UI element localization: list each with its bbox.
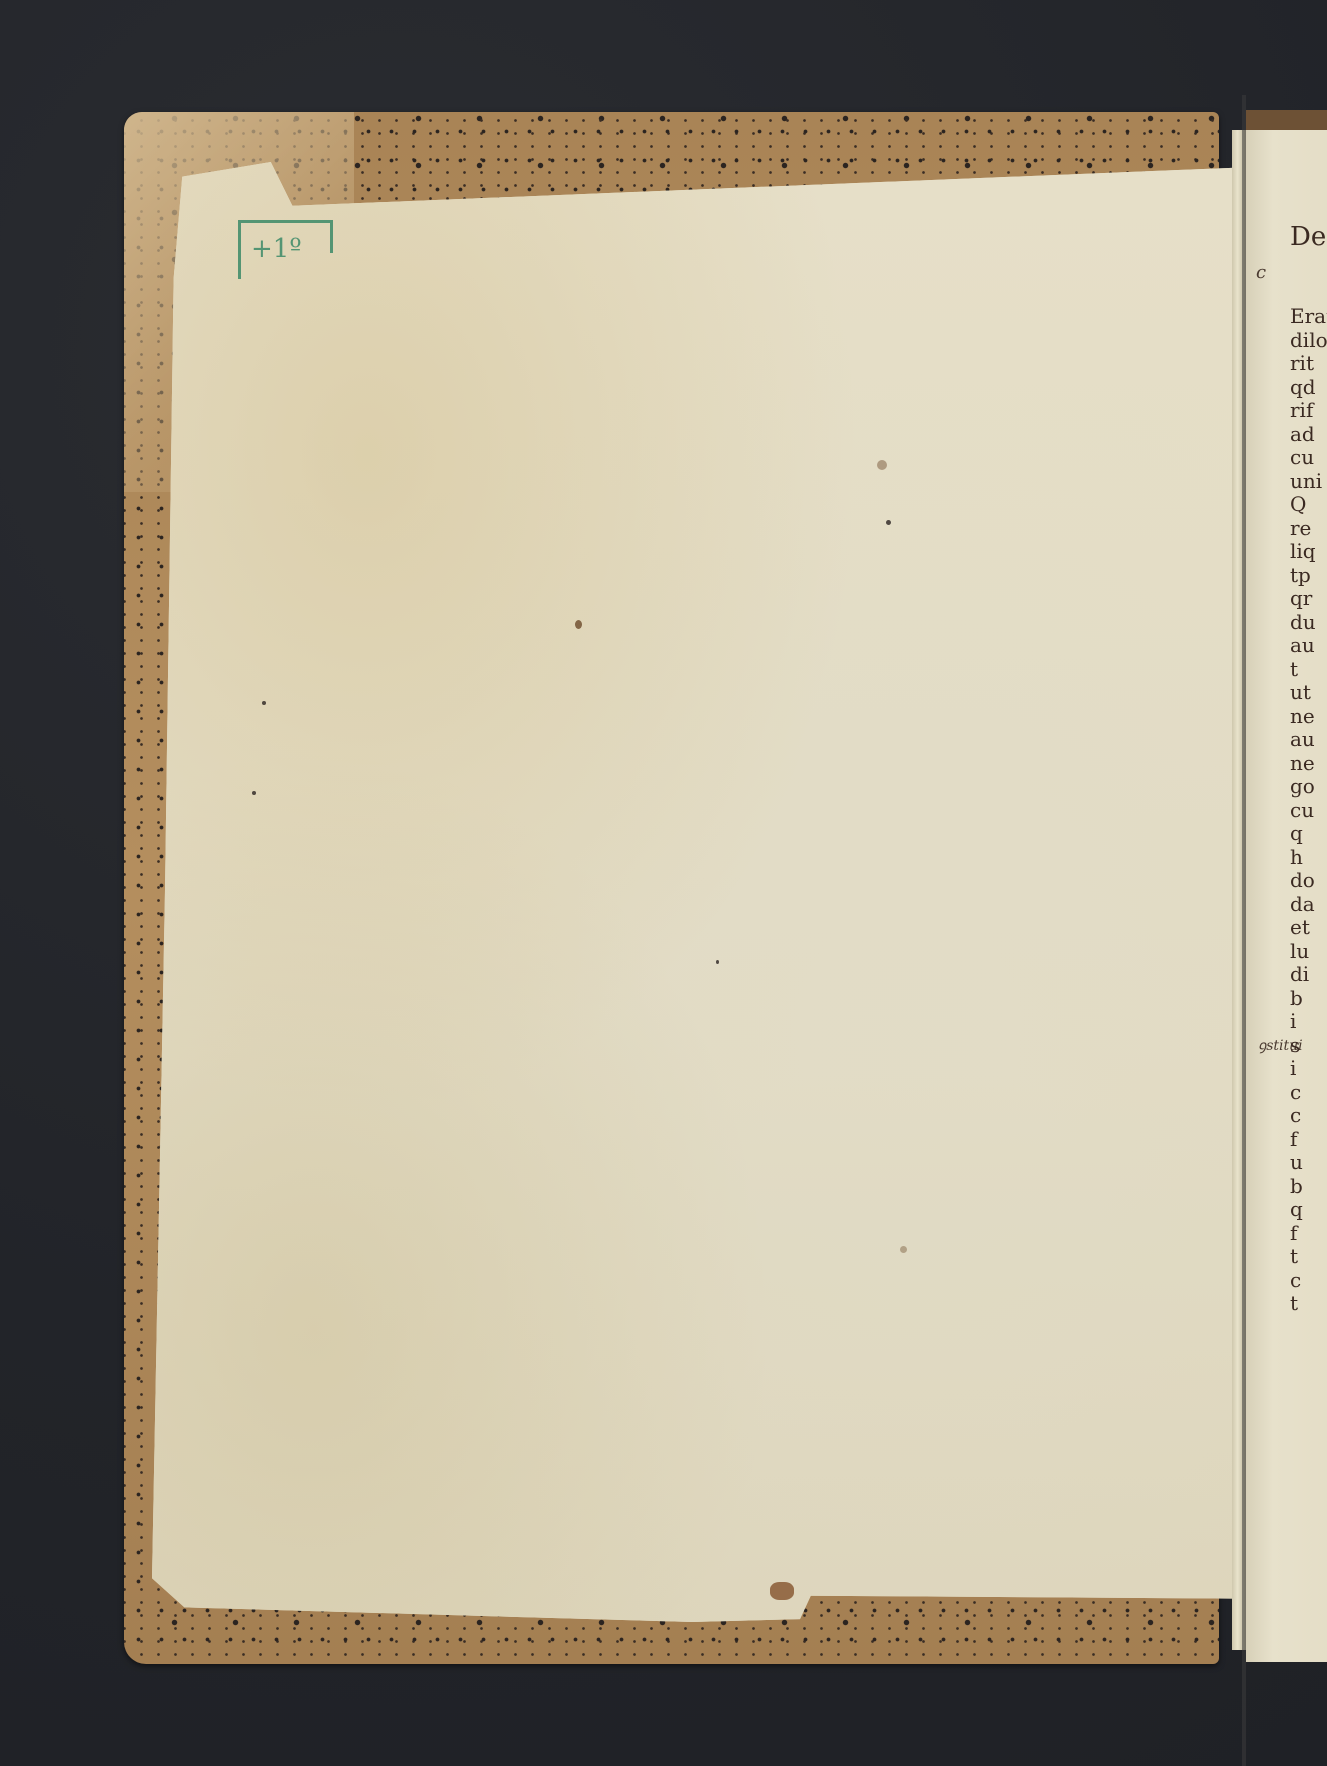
foxing-spot [900, 1246, 907, 1253]
foxing-spot [886, 520, 891, 525]
foxing-spot [575, 620, 582, 629]
foxing-spot [252, 791, 256, 795]
pastedown-endpaper [152, 162, 1232, 1622]
leaf-heading: De [1290, 222, 1326, 252]
handwritten-text-column: Erat dilo rit qd rif ad cu uni Q re liq … [1290, 305, 1327, 1316]
endpaper-tear-stain [770, 1582, 794, 1600]
foxing-spot [262, 701, 266, 705]
leaf-top-edge [1246, 110, 1327, 130]
gutter-shadow-line [1242, 95, 1246, 1766]
section-marker: c [1256, 262, 1266, 283]
foxing-spot [716, 960, 719, 964]
foxing-spot [877, 460, 887, 470]
shelfmark-stamp: +1º [238, 220, 333, 279]
